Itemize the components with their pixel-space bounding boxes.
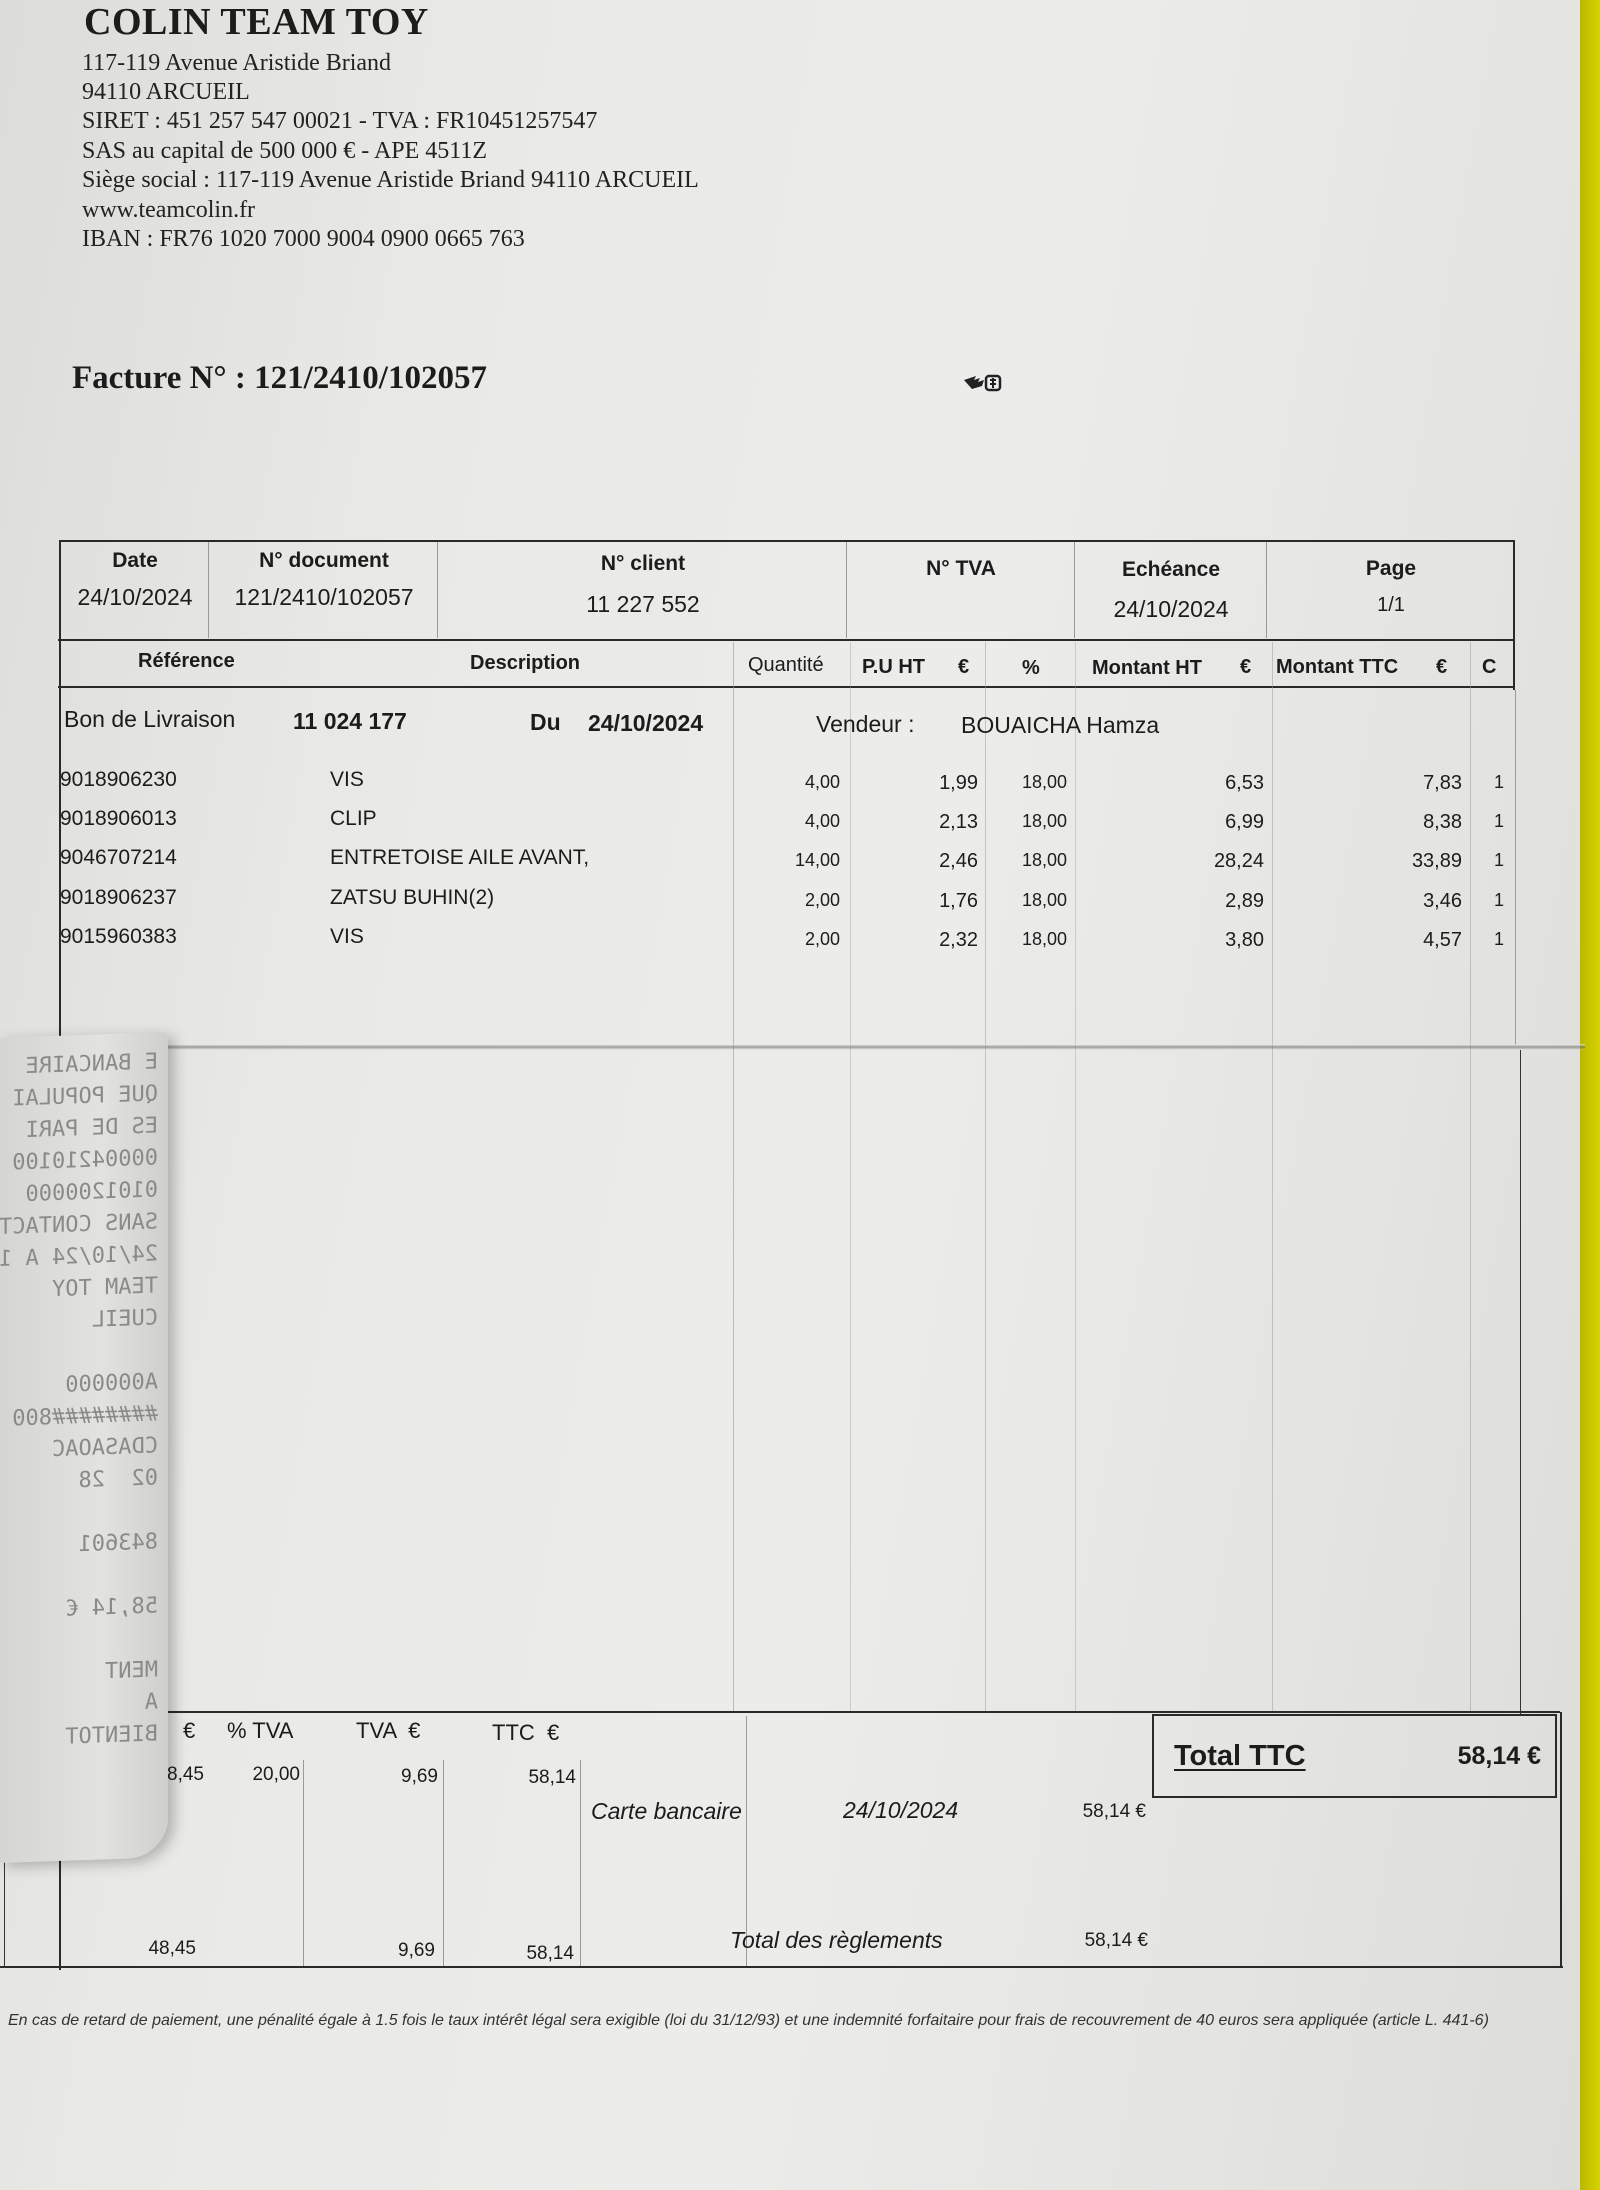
summary-col-sep	[443, 1760, 444, 1966]
column-header-reference: Référence	[138, 650, 235, 673]
item-description: ENTRETOISE AILE AVANT,	[330, 846, 589, 870]
item-amount-ht: 3,80	[1160, 929, 1264, 952]
item-reference: 9018906237	[60, 886, 177, 910]
client-number-value: 11 227 552	[438, 591, 848, 618]
item-amount-ttc: 33,89	[1352, 850, 1462, 873]
company-capital-ape: SAS au capital de 500 000 € - APE 4511Z	[82, 138, 487, 165]
item-amount-ht: 2,89	[1160, 890, 1264, 913]
item-amount-ttc: 3,46	[1352, 890, 1462, 913]
vat-number-label: N° TVA	[848, 557, 1074, 581]
tax-ttc-header: TTC €	[492, 1720, 559, 1746]
total-ttc-value: 58,14 €	[1458, 1742, 1541, 1771]
late-payment-notice: En cas de retard de paiement, une pénali…	[8, 2010, 1568, 2032]
item-percent: 18,00	[1022, 890, 1072, 911]
item-reference: 9015960383	[60, 925, 177, 949]
item-amount-ht: 6,99	[1160, 811, 1264, 834]
company-siret-tva: SIRET : 451 257 547 00021 - TVA : FR1045…	[82, 108, 597, 135]
total-ttc-value: 58,14	[488, 1943, 574, 1965]
company-address-line: 94110 ARCUEIL	[82, 79, 250, 106]
delivery-date: 24/10/2024	[588, 710, 703, 737]
header-col-sep	[1266, 542, 1267, 638]
company-head-office: Siège social : 117-119 Avenue Aristide B…	[82, 167, 699, 194]
column-header-amount-ttc-currency: €	[1436, 656, 1447, 679]
item-amount-ttc: 7,83	[1352, 772, 1462, 795]
company-website: www.teamcolin.fr	[82, 197, 255, 224]
date-value: 24/10/2024	[60, 584, 210, 611]
header-col-sep	[1074, 542, 1075, 638]
columns-header-bottom-border	[58, 686, 1515, 688]
item-unit-price: 2,13	[900, 811, 978, 834]
tax-amount-header: TVA €	[356, 1718, 420, 1744]
item-unit-price: 1,76	[900, 890, 978, 913]
column-sep	[850, 642, 851, 1712]
brand-logo-stamp-icon	[962, 372, 1004, 394]
delivery-du-label: Du	[530, 709, 561, 736]
item-reference: 9018906230	[60, 768, 177, 792]
header-box-divider	[58, 639, 1515, 641]
column-header-c: C	[1482, 656, 1496, 679]
seller-label: Vendeur :	[816, 711, 914, 738]
tax-base-currency-header: €	[183, 1718, 195, 1744]
item-unit-price: 2,32	[900, 929, 978, 952]
item-description: VIS	[330, 925, 364, 949]
column-header-description: Description	[470, 652, 580, 675]
invoice-number-title: Facture N° : 121/2410/102057	[72, 360, 487, 397]
card-receipt-overlay: E BANCAIRE QUE POPULAI ES DE PARI 000042…	[0, 1032, 168, 1863]
table-right-border-lower	[1520, 1050, 1521, 1715]
item-description: ZATSU BUHIN(2)	[330, 886, 494, 910]
summary-bottom-border	[0, 1966, 1563, 1968]
item-unit-price: 1,99	[900, 772, 978, 795]
client-number-label: N° client	[438, 552, 848, 576]
due-date-label: Echéance	[1076, 558, 1266, 582]
item-quantity: 14,00	[760, 850, 840, 871]
date-label: Date	[60, 549, 210, 573]
item-description: VIS	[330, 768, 364, 792]
item-description: CLIP	[330, 807, 377, 831]
page-value: 1/1	[1268, 594, 1514, 617]
background-yellow-surface	[1580, 0, 1600, 2190]
document-number-value: 121/2410/102057	[210, 584, 438, 611]
total-ttc-label: Total TTC	[1174, 1740, 1306, 1773]
company-name: COLIN TEAM TOY	[84, 0, 429, 44]
column-header-amount-ttc: Montant TTC	[1276, 656, 1398, 679]
item-c: 1	[1488, 890, 1504, 911]
summary-col-sep	[580, 1760, 581, 1966]
column-header-amount-ht-currency: €	[1240, 656, 1251, 679]
column-header-quantity: Quantité	[748, 654, 824, 677]
item-c: 1	[1488, 811, 1504, 832]
tax-rate-header: % TVA	[227, 1718, 293, 1744]
item-reference: 9046707214	[60, 846, 177, 870]
page-label: Page	[1268, 557, 1514, 581]
column-sep	[1272, 642, 1273, 1712]
item-amount-ht: 28,24	[1160, 850, 1264, 873]
column-header-amount-ht: Montant HT	[1092, 657, 1202, 680]
item-c: 1	[1488, 850, 1504, 871]
total-tax-value: 9,69	[355, 1940, 435, 1962]
total-payments-amount: 58,14 €	[1040, 1930, 1148, 1952]
invoice-paper	[0, 0, 1585, 2190]
column-header-unit-price: P.U HT	[862, 656, 925, 679]
item-percent: 18,00	[1022, 811, 1072, 832]
delivery-note-number: 11 024 177	[293, 708, 407, 735]
tax-ttc-value: 58,14	[490, 1767, 576, 1789]
item-quantity: 2,00	[760, 890, 840, 911]
summary-col-sep	[303, 1760, 304, 1966]
item-percent: 18,00	[1022, 772, 1072, 793]
item-amount-ttc: 8,38	[1352, 811, 1462, 834]
paper-fold-crease	[0, 1044, 1585, 1050]
item-c: 1	[1488, 772, 1504, 793]
table-right-border	[1515, 690, 1516, 1045]
tax-rate-value: 20,00	[220, 1764, 300, 1786]
due-date-value: 24/10/2024	[1076, 596, 1266, 623]
receipt-mirrored-text: E BANCAIRE QUE POPULAI ES DE PARI 000042…	[8, 1046, 158, 1755]
company-iban: IBAN : FR76 1020 7000 9004 0900 0665 763	[82, 226, 525, 253]
header-box-top-border	[60, 540, 1515, 542]
summary-top-border	[160, 1711, 1560, 1713]
summary-left-border	[4, 1850, 5, 1968]
payment-amount: 58,14 €	[1040, 1801, 1146, 1823]
item-c: 1	[1488, 929, 1504, 950]
item-unit-price: 2,46	[900, 850, 978, 873]
item-quantity: 4,00	[760, 772, 840, 793]
delivery-note-label: Bon de Livraison	[64, 706, 235, 733]
item-percent: 18,00	[1022, 850, 1072, 871]
payment-date: 24/10/2024	[843, 1797, 958, 1824]
item-quantity: 2,00	[760, 929, 840, 950]
seller-name: BOUAICHA Hamza	[961, 712, 1159, 739]
tax-amount-value: 9,69	[360, 1766, 438, 1788]
summary-right-border	[1560, 1712, 1562, 1968]
payment-method: Carte bancaire	[591, 1798, 742, 1825]
item-amount-ttc: 4,57	[1352, 929, 1462, 952]
item-amount-ht: 6,53	[1160, 772, 1264, 795]
column-sep	[1470, 642, 1471, 1712]
column-header-unit-price-currency: €	[958, 656, 969, 679]
company-address-line: 117-119 Avenue Aristide Briand	[82, 50, 391, 77]
column-header-percent: %	[1022, 657, 1040, 680]
item-quantity: 4,00	[760, 811, 840, 832]
total-ttc-box: Total TTC 58,14 €	[1152, 1714, 1557, 1798]
column-sep	[1075, 642, 1076, 1712]
column-sep	[733, 642, 734, 1712]
total-payments-label: Total des règlements	[730, 1927, 943, 1954]
document-number-label: N° document	[210, 549, 438, 573]
column-sep	[985, 642, 986, 1712]
total-base-value: 48,45	[110, 1938, 196, 1960]
item-reference: 9018906013	[60, 807, 177, 831]
item-percent: 18,00	[1022, 929, 1072, 950]
